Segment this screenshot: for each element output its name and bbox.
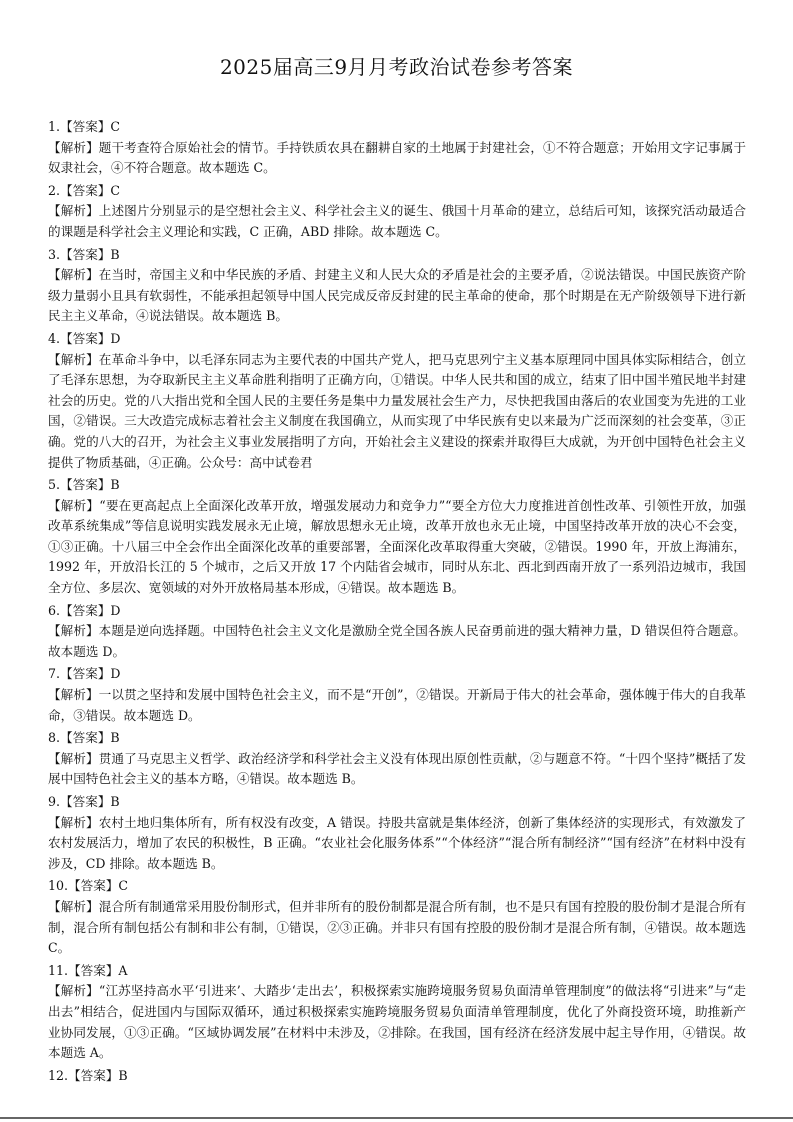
question-number: 5.	[48, 477, 60, 492]
question-number: 9.	[48, 794, 60, 809]
question-number: 10.	[48, 878, 68, 893]
explanation-line: 【解析】“江苏坚持高水平‘引进来’、大踏步‘走出去’，积极探索实施跨境服务贸易负…	[48, 981, 746, 1063]
question-10: 10.【答案】C 【解析】混合所有制通常采用股份制形式，但并非所有的股份制都是混…	[48, 876, 746, 958]
answer-value: C	[110, 119, 120, 134]
answer-line: 12.【答案】B	[48, 1066, 746, 1087]
explanation-text: “要在更高起点上全面深化改革开放，增强发展动力和竞争力”“要全方位大力度推进首创…	[48, 498, 746, 595]
answer-line: 5.【答案】B	[48, 475, 746, 496]
explanation-line: 【解析】贯通了马克思主义哲学、政治经济学和科学社会主义没有体现出原创性贡献，②与…	[48, 749, 746, 790]
explanation-tag: 【解析】	[48, 498, 99, 513]
answer-tag: 【答案】	[60, 183, 110, 198]
page-bottom-divider	[0, 1117, 793, 1119]
explanation-line: 【解析】混合所有制通常采用股份制形式，但并非所有的股份制都是混合所有制，也不是只…	[48, 897, 746, 959]
explanation-text: 本题是逆向选择题。中国特色社会主义文化是激励全党全国各族人民奋勇前进的强大精神力…	[48, 623, 746, 659]
question-number: 3.	[48, 247, 60, 262]
question-number: 12.	[48, 1068, 68, 1083]
question-11: 11.【答案】A 【解析】“江苏坚持高水平‘引进来’、大踏步‘走出去’，积极探索…	[48, 961, 746, 1064]
question-number: 11.	[48, 963, 68, 978]
answer-line: 8.【答案】B	[48, 728, 746, 749]
question-number: 8.	[48, 730, 60, 745]
question-7: 7.【答案】D 【解析】一以贯之坚持和发展中国特色社会主义，而不是“开创”，②错…	[48, 664, 746, 726]
explanation-tag: 【解析】	[48, 815, 99, 830]
explanation-text: 在革命斗争中，以毛泽东同志为主要代表的中国共产党人，把马克思列宁主义基本原理同中…	[48, 352, 746, 470]
question-8: 8.【答案】B 【解析】贯通了马克思主义哲学、政治经济学和科学社会主义没有体现出…	[48, 728, 746, 790]
answer-line: 6.【答案】D	[48, 601, 746, 622]
answer-tag: 【答案】	[68, 963, 118, 978]
explanation-line: 【解析】“要在更高起点上全面深化改革开放，增强发展动力和竞争力”“要全方位大力度…	[48, 496, 746, 599]
explanation-text: 上述图片分别显示的是空想社会主义、科学社会主义的诞生、俄国十月革命的建立，总结后…	[48, 203, 746, 239]
explanation-text: 一以贯之坚持和发展中国特色社会主义，而不是“开创”，②错误。开新局于伟大的社会革…	[48, 687, 746, 723]
answer-value: C	[110, 183, 120, 198]
answer-line: 4.【答案】D	[48, 329, 746, 350]
answer-value: B	[110, 794, 119, 809]
question-4: 4.【答案】D 【解析】在革命斗争中，以毛泽东同志为主要代表的中国共产党人，把马…	[48, 329, 746, 473]
answer-list: 1.【答案】C 【解析】题干考查符合原始社会的情节。手持铁质农具在翻耕自家的土地…	[48, 117, 746, 1086]
answer-value: B	[110, 477, 119, 492]
explanation-tag: 【解析】	[48, 623, 99, 638]
question-5: 5.【答案】B 【解析】“要在更高起点上全面深化改革开放，增强发展动力和竞争力”…	[48, 475, 746, 599]
question-number: 4.	[48, 331, 60, 346]
explanation-tag: 【解析】	[48, 687, 99, 702]
answer-line: 2.【答案】C	[48, 181, 746, 202]
answer-value: D	[110, 331, 120, 346]
answer-value: C	[118, 878, 128, 893]
explanation-tag: 【解析】	[48, 899, 99, 914]
question-6: 6.【答案】D 【解析】本题是逆向选择题。中国特色社会主义文化是激励全党全国各族…	[48, 601, 746, 663]
explanation-line: 【解析】在革命斗争中，以毛泽东同志为主要代表的中国共产党人，把马克思列宁主义基本…	[48, 350, 746, 474]
question-1: 1.【答案】C 【解析】题干考查符合原始社会的情节。手持铁质农具在翻耕自家的土地…	[48, 117, 746, 179]
explanation-tag: 【解析】	[48, 352, 99, 367]
answer-line: 7.【答案】D	[48, 664, 746, 685]
answer-tag: 【答案】	[60, 477, 110, 492]
question-number: 7.	[48, 666, 60, 681]
answer-value: B	[118, 1068, 127, 1083]
answer-line: 1.【答案】C	[48, 117, 746, 138]
answer-tag: 【答案】	[68, 878, 118, 893]
answer-tag: 【答案】	[60, 794, 110, 809]
explanation-line: 【解析】上述图片分别显示的是空想社会主义、科学社会主义的诞生、俄国十月革命的建立…	[48, 201, 746, 242]
answer-tag: 【答案】	[60, 119, 110, 134]
explanation-line: 【解析】在当时，帝国主义和中华民族的矛盾、封建主义和人民大众的矛盾是社会的主要矛…	[48, 265, 746, 327]
answer-line: 9.【答案】B	[48, 792, 746, 813]
question-number: 6.	[48, 603, 60, 618]
answer-value: D	[110, 666, 120, 681]
answer-line: 11.【答案】A	[48, 961, 746, 982]
explanation-tag: 【解析】	[48, 140, 99, 155]
explanation-tag: 【解析】	[48, 751, 99, 766]
explanation-line: 【解析】农村土地归集体所有，所有权没有改变，A 错误。持股共富就是集体经济，创新…	[48, 813, 746, 875]
question-number: 2.	[48, 183, 60, 198]
question-2: 2.【答案】C 【解析】上述图片分别显示的是空想社会主义、科学社会主义的诞生、俄…	[48, 181, 746, 243]
answer-tag: 【答案】	[68, 1068, 118, 1083]
question-number: 1.	[48, 119, 60, 134]
answer-tag: 【答案】	[60, 603, 110, 618]
question-12: 12.【答案】B	[48, 1066, 746, 1087]
answer-line: 10.【答案】C	[48, 876, 746, 897]
explanation-line: 【解析】本题是逆向选择题。中国特色社会主义文化是激励全党全国各族人民奋勇前进的强…	[48, 621, 746, 662]
question-9: 9.【答案】B 【解析】农村土地归集体所有，所有权没有改变，A 错误。持股共富就…	[48, 792, 746, 874]
explanation-line: 【解析】一以贯之坚持和发展中国特色社会主义，而不是“开创”，②错误。开新局于伟大…	[48, 685, 746, 726]
question-3: 3.【答案】B 【解析】在当时，帝国主义和中华民族的矛盾、封建主义和人民大众的矛…	[48, 245, 746, 327]
explanation-text: 题干考查符合原始社会的情节。手持铁质农具在翻耕自家的土地属于封建社会，①不符合题…	[48, 140, 746, 176]
answer-value: D	[110, 603, 120, 618]
explanation-text: 在当时，帝国主义和中华民族的矛盾、封建主义和人民大众的矛盾是社会的主要矛盾，②说…	[48, 267, 746, 323]
explanation-text: “江苏坚持高水平‘引进来’、大踏步‘走出去’，积极探索实施跨境服务贸易负面清单管…	[48, 983, 746, 1060]
answer-tag: 【答案】	[60, 247, 110, 262]
answer-line: 3.【答案】B	[48, 245, 746, 266]
explanation-tag: 【解析】	[48, 203, 99, 218]
answer-value: A	[118, 963, 127, 978]
answer-value: B	[110, 730, 119, 745]
explanation-tag: 【解析】	[48, 983, 99, 998]
explanation-tag: 【解析】	[48, 267, 99, 282]
answer-tag: 【答案】	[60, 666, 110, 681]
explanation-line: 【解析】题干考查符合原始社会的情节。手持铁质农具在翻耕自家的土地属于封建社会，①…	[48, 138, 746, 179]
answer-tag: 【答案】	[60, 331, 110, 346]
explanation-text: 贯通了马克思主义哲学、政治经济学和科学社会主义没有体现出原创性贡献，②与题意不符…	[48, 751, 746, 787]
page-title: 2025届高三9月月考政治试卷参考答案	[0, 52, 793, 82]
answer-tag: 【答案】	[60, 730, 110, 745]
answer-value: B	[110, 247, 119, 262]
explanation-text: 混合所有制通常采用股份制形式，但并非所有的股份制都是混合所有制，也不是只有国有控…	[48, 899, 746, 955]
explanation-text: 农村土地归集体所有，所有权没有改变，A 错误。持股共富就是集体经济，创新了集体经…	[48, 815, 746, 871]
